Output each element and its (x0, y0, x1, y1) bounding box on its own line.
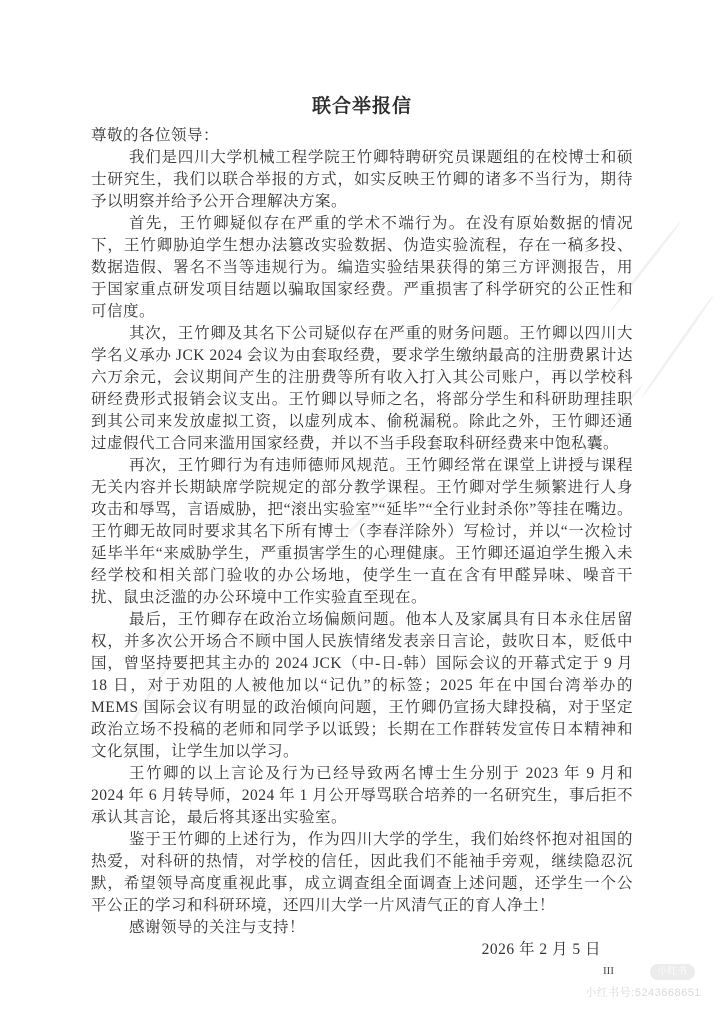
closing-thanks: 感谢领导的关注与支持！ (91, 917, 633, 939)
paragraph-consequences: 王竹卿的以上言论及行为已经导致两名博士生分别于 2023 年 9 月和 2024… (91, 763, 633, 829)
xiaohongshu-id: 小红书号:5243668651 (585, 986, 701, 1000)
paragraph-ethics-violations: 再次，王竹卿行为有违师德师风规范。王竹卿经常在课堂上讲授与课程无关内容并长期缺席… (91, 455, 633, 609)
letter-body: 联合举报信 尊敬的各位领导： 我们是四川大学机械工程学院王竹卿特聘研究员课题组的… (91, 95, 633, 979)
paragraph-intro: 我们是四川大学机械工程学院王竹卿特聘研究员课题组的在校博士和硕士研究生，我们以联… (91, 147, 633, 213)
salutation: 尊敬的各位领导： (91, 125, 633, 147)
page-number: III (91, 963, 633, 979)
page-title: 联合举报信 (91, 95, 633, 119)
xiaohongshu-badge-label: 小红书 (657, 966, 687, 977)
paragraph-financial-issues: 其次，王竹卿及其名下公司疑似存在严重的财务问题。王竹卿以四川大学名义承办 JCK… (91, 323, 633, 455)
paragraph-academic-misconduct: 首先，王竹卿疑似存在严重的学术不端行为。在没有原始数据的情况下，王竹卿胁迫学生想… (91, 213, 633, 323)
photo-watermark-streak (640, 294, 714, 398)
document-page: 联合举报信 尊敬的各位领导： 我们是四川大学机械工程学院王竹卿特聘研究员课题组的… (0, 0, 724, 1024)
date-line: 2026 年 2 月 5 日 (91, 939, 633, 961)
paragraph-political-stance: 最后，王竹卿存在政治立场偏颇问题。他本人及家属具有日本永住居留权，并多次公开场合… (91, 609, 633, 763)
paragraph-appeal: 鉴于王竹卿的上述行为，作为四川大学的学生，我们始终怀抱对祖国的热爱，对科研的热情… (91, 829, 633, 917)
xiaohongshu-badge: 小红书 (650, 964, 695, 980)
